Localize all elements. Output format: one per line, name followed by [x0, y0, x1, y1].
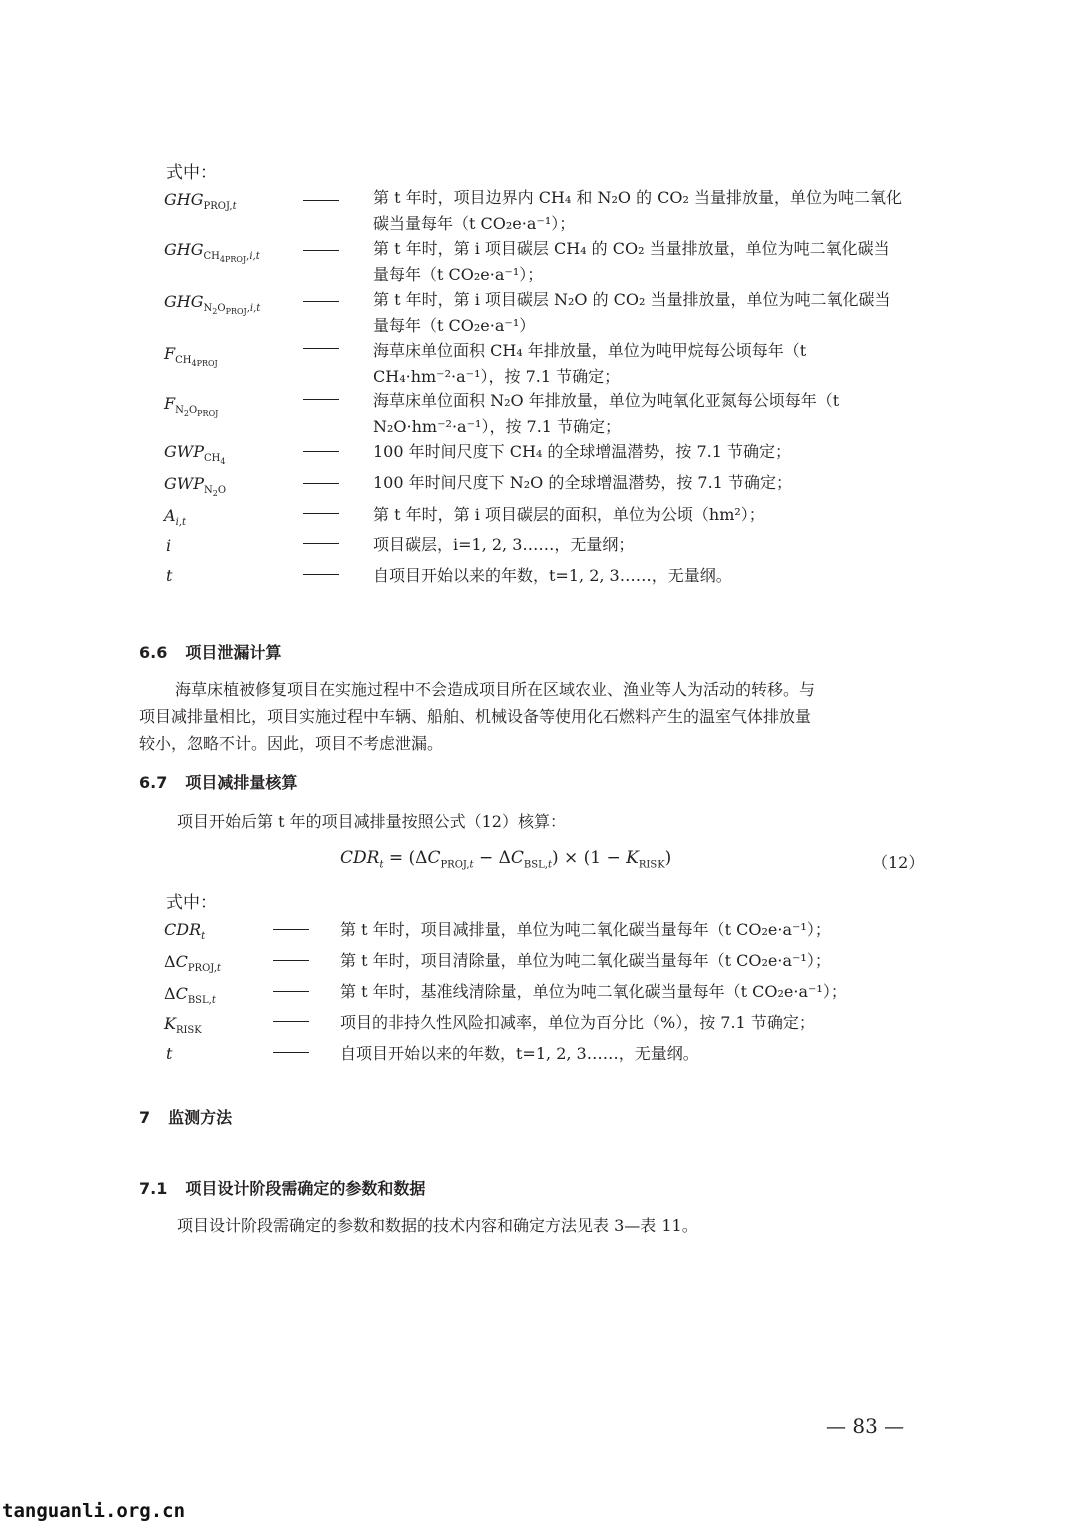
symbol-t: t: [166, 566, 172, 585]
equation-number: （12）: [872, 850, 924, 873]
symbol-gwp-ch4: GWPCH4: [164, 442, 225, 466]
symbol-ghg-ch4: GHGCH4PROJ,i,t: [164, 240, 260, 264]
symbol-cdr: CDRt: [164, 920, 205, 942]
symbol-ghg-proj: GHGPROJ,t: [164, 190, 237, 212]
definition-ghg-proj: 第 t 年时，项目边界内 CH₄ 和 N₂O 的 CO₂ 当量排放量，单位为吨二…: [373, 185, 902, 237]
section-7-1-paragraph: 项目设计阶段需确定的参数和数据的技术内容和确定方法见表 3—表 11。: [177, 1212, 698, 1239]
em-dash: [273, 929, 309, 930]
where-label: 式中：: [166, 158, 217, 183]
section-heading-6-7: 6.7项目减排量核算: [139, 770, 297, 793]
definition-ghg-n2o: 第 t 年时，第 i 项目碳层 N₂O 的 CO₂ 当量排放量，单位为吨二氧化碳…: [373, 287, 891, 339]
definition-f-ch4: 海草床单位面积 CH₄ 年排放量，单位为吨甲烷每公顷每年（tCH₄·hm⁻²·a…: [373, 338, 806, 390]
symbol-t: t: [166, 1044, 172, 1063]
symbol-area: Ai,t: [164, 506, 186, 528]
symbol-delta-c-bsl: ΔCBSL,t: [164, 984, 216, 1006]
where-label: 式中：: [166, 888, 217, 913]
symbol-delta-c-proj: ΔCPROJ,t: [164, 952, 221, 974]
symbol-k-risk: KRISK: [164, 1014, 202, 1036]
section-6-7-intro: 项目开始后第 t 年的项目减排量按照公式（12）核算：: [177, 808, 566, 835]
em-dash: [303, 348, 339, 349]
em-dash: [273, 1021, 309, 1022]
em-dash: [303, 451, 339, 452]
symbol-gwp-n2o: GWPN2O: [164, 474, 226, 498]
document-page: 式中： GHGPROJ,t 第 t 年时，项目边界内 CH₄ 和 N₂O 的 C…: [0, 0, 1080, 1528]
em-dash: [303, 200, 339, 201]
definition-delta-c-proj: 第 t 年时，项目清除量，单位为吨二氧化碳当量每年（t CO₂e·a⁻¹）；: [340, 948, 831, 974]
em-dash: [273, 991, 309, 992]
definition-t: 自项目开始以来的年数，t=1, 2, 3……，无量纲。: [373, 563, 732, 589]
em-dash: [303, 513, 339, 514]
definition-area: 第 t 年时，第 i 项目碳层的面积，单位为公顷（hm²）；: [373, 502, 765, 528]
em-dash: [273, 1052, 309, 1053]
definition-f-n2o: 海草床单位面积 N₂O 年排放量，单位为吨氧化亚氮每公顷每年（tN₂O·hm⁻²…: [373, 388, 839, 440]
section-heading-7: 7监测方法: [139, 1105, 232, 1128]
symbol-ghg-n2o: GHGN2OPROJ,i,t: [164, 292, 260, 316]
em-dash: [303, 574, 339, 575]
em-dash: [303, 301, 339, 302]
definition-cdr: 第 t 年时，项目减排量，单位为吨二氧化碳当量每年（t CO₂e·a⁻¹）；: [340, 917, 831, 943]
em-dash: [303, 483, 339, 484]
section-6-6-paragraph: 海草床植被修复项目在实施过程中不会造成项目所在区域农业、渔业等人为活动的转移。与…: [139, 676, 944, 757]
em-dash: [303, 543, 339, 544]
symbol-f-n2o: FN2OPROJ: [164, 394, 218, 418]
definition-gwp-n2o: 100 年时间尺度下 N₂O 的全球增温潜势，按 7.1 节确定；: [373, 470, 792, 496]
definition-t: 自项目开始以来的年数，t=1, 2, 3……，无量纲。: [340, 1041, 699, 1067]
symbol-i: i: [166, 536, 171, 555]
definition-gwp-ch4: 100 年时间尺度下 CH₄ 的全球增温潜势，按 7.1 节确定；: [373, 439, 791, 465]
watermark: tanguanli.org.cn: [2, 1500, 185, 1522]
symbol-f-ch4: FCH4PROJ: [164, 344, 218, 368]
em-dash: [273, 960, 309, 961]
equation-12: CDRt = (ΔCPROJ,t − ΔCBSL,t) × (1 − KRISK…: [340, 848, 671, 870]
section-heading-6-6: 6.6项目泄漏计算: [139, 640, 281, 663]
definition-ghg-ch4: 第 t 年时，第 i 项目碳层 CH₄ 的 CO₂ 当量排放量，单位为吨二氧化碳…: [373, 236, 890, 288]
definition-delta-c-bsl: 第 t 年时，基准线清除量，单位为吨二氧化碳当量每年（t CO₂e·a⁻¹）；: [340, 979, 847, 1005]
em-dash: [303, 250, 339, 251]
definition-i: 项目碳层，i=1, 2, 3……，无量纲；: [373, 532, 634, 558]
em-dash: [303, 399, 339, 400]
section-heading-7-1: 7.1项目设计阶段需确定的参数和数据: [139, 1176, 425, 1199]
page-number: — 83 —: [826, 1414, 904, 1438]
definition-k-risk: 项目的非持久性风险扣减率，单位为百分比（%），按 7.1 节确定；: [340, 1010, 815, 1036]
